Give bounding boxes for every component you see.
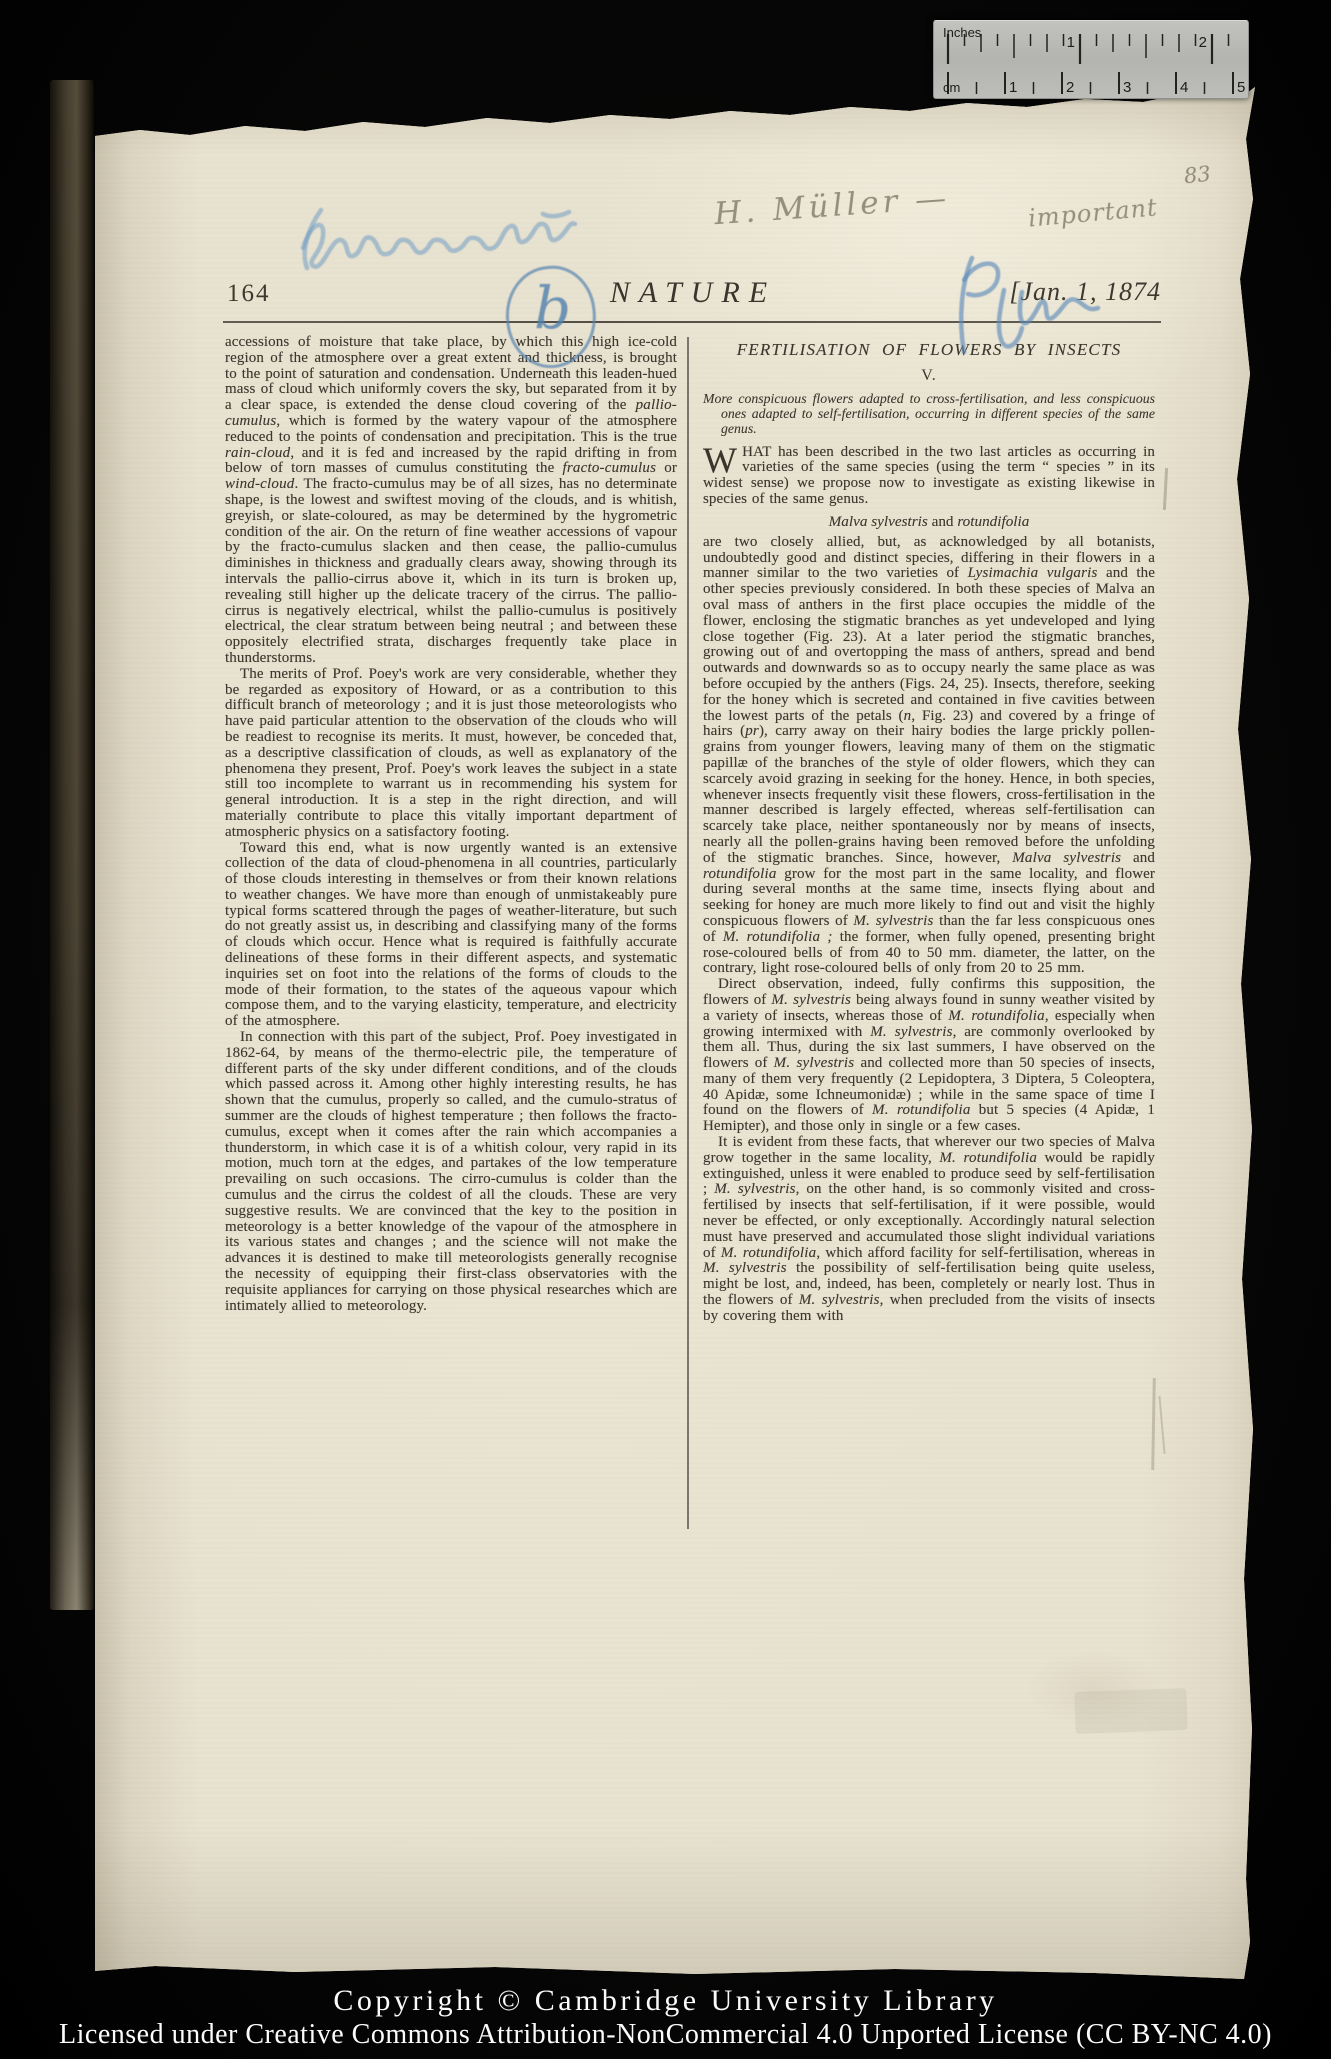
text-columns: accessions of moisture that take place, … [225, 335, 1165, 1529]
paragraph: The merits of Prof. Poey's work are very… [225, 667, 677, 841]
book-page-edges [50, 80, 94, 1610]
paragraph: It is evident from these facts, that whe… [703, 1135, 1155, 1325]
faint-stamp-mark [1074, 1688, 1187, 1734]
svg-text:1: 1 [1067, 34, 1075, 51]
svg-text:1: 1 [1009, 79, 1017, 96]
ruler-cm-label: cm [943, 80, 960, 95]
left-column: accessions of moisture that take place, … [225, 335, 687, 1529]
svg-text:5: 5 [1237, 79, 1245, 96]
blue-letter-b: b [534, 274, 571, 342]
svg-text:4: 4 [1180, 79, 1188, 96]
opening-text: HAT has been described in the two last a… [703, 444, 1155, 507]
license-line: Licensed under Creative Commons Attribut… [0, 2018, 1331, 2051]
pencil-folio-number: 83 [1183, 162, 1212, 189]
right-column: FERTILISATION OF FLOWERS BY INSECTS V. M… [689, 335, 1155, 1529]
right-column-body: are two closely allied, but, as acknowle… [703, 535, 1155, 1325]
svg-text:2: 2 [1199, 34, 1207, 51]
svg-text:2: 2 [1066, 79, 1074, 96]
opening-paragraph: W HAT has been described in the two last… [703, 445, 1155, 508]
paragraph: are two closely allied, but, as acknowle… [703, 535, 1155, 977]
measurement-ruler: 1212345 Inches cm [933, 20, 1249, 99]
paragraph: Direct observation, indeed, fully confir… [703, 977, 1155, 1135]
svg-text:3: 3 [1123, 79, 1131, 96]
species-heading: Malva sylvestris and rotundifolia [703, 513, 1155, 531]
dropcap-letter: W [703, 445, 742, 475]
blue-pencil-scribble-right [938, 248, 1122, 370]
column-divider-rule [687, 337, 689, 1529]
copyright-line: Copyright © Cambridge University Library [0, 1983, 1331, 2018]
article-abstract: More conspicuous flowers adapted to cros… [703, 391, 1155, 437]
copyright-footer: Copyright © Cambridge University Library… [0, 1983, 1331, 2051]
blue-circled-b-mark: b [506, 266, 596, 368]
paragraph: In connection with this part of the subj… [225, 1030, 677, 1314]
paragraph: accessions of moisture that take place, … [225, 335, 677, 667]
paragraph: Toward this end, what is now urgently wa… [225, 841, 677, 1031]
ruler-inches-label: Inches [943, 25, 981, 40]
